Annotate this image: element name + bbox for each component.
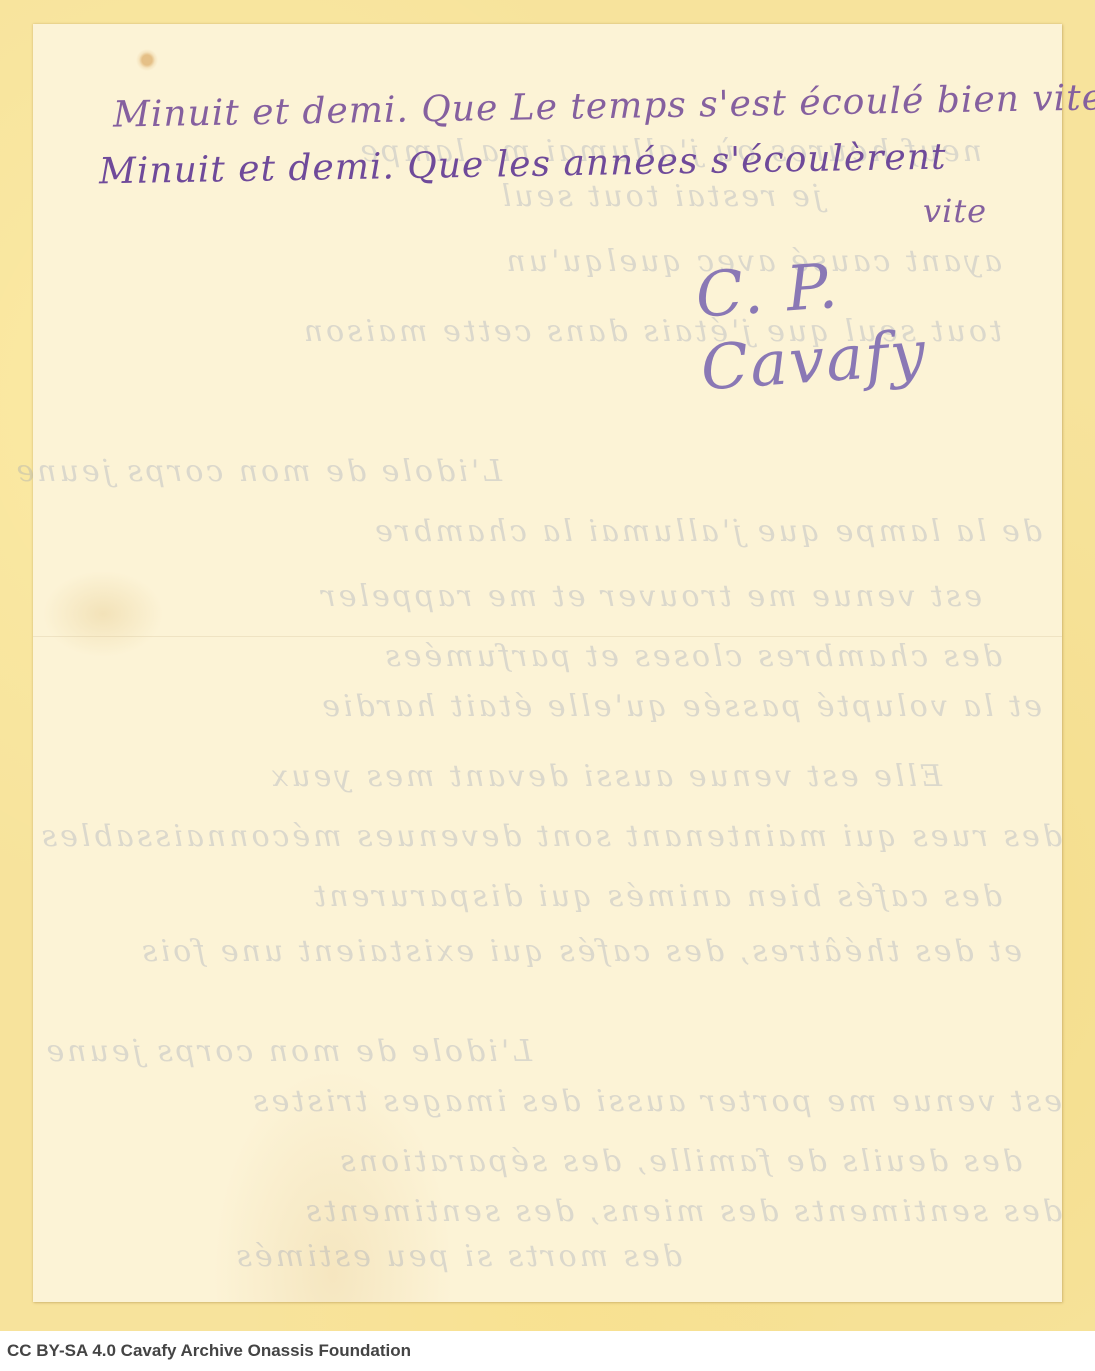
signature: C. P. Cavafy xyxy=(693,233,1066,404)
manuscript-page: neuf heures où j'allumai ma lampe je res… xyxy=(33,24,1062,1302)
bleed-line: des cafés bien animés qui disparurent xyxy=(311,879,1002,914)
bleed-line: des chambres closes et parfumées xyxy=(382,639,1002,674)
bleed-line: L'idole de mon corps jeune xyxy=(43,1034,532,1069)
bleed-line: de la lampe que j'allumai la chambre xyxy=(372,514,1042,549)
handwritten-line-3: vite xyxy=(923,192,987,230)
bleed-line: Elle est venue aussi devant mes yeux xyxy=(268,759,942,794)
bleed-line: est venue me trouver et me rappeler xyxy=(318,579,982,614)
bleed-line: est venue me porter aussi des images tri… xyxy=(250,1084,1062,1119)
bleed-line: des rues qui maintenant sont devenues mé… xyxy=(39,819,1062,854)
bleed-line: des sentiments des miens, des sentiments xyxy=(303,1194,1062,1229)
bleed-line: et des théâtres, des cafés qui existaien… xyxy=(139,934,1022,969)
license-credit: CC BY-SA 4.0 Cavafy Archive Onassis Foun… xyxy=(7,1341,411,1361)
bleed-line: des morts si peu estimés xyxy=(234,1239,682,1274)
bleed-through-text: neuf heures où j'allumai ma lampe je res… xyxy=(33,24,1062,1302)
bleed-line: L'idole de mon corps jeune xyxy=(13,454,502,489)
bleed-line: des deuils de famille, des séparations xyxy=(337,1144,1022,1179)
bleed-line: et la volupté passée qu'elle était hardi… xyxy=(319,689,1042,724)
